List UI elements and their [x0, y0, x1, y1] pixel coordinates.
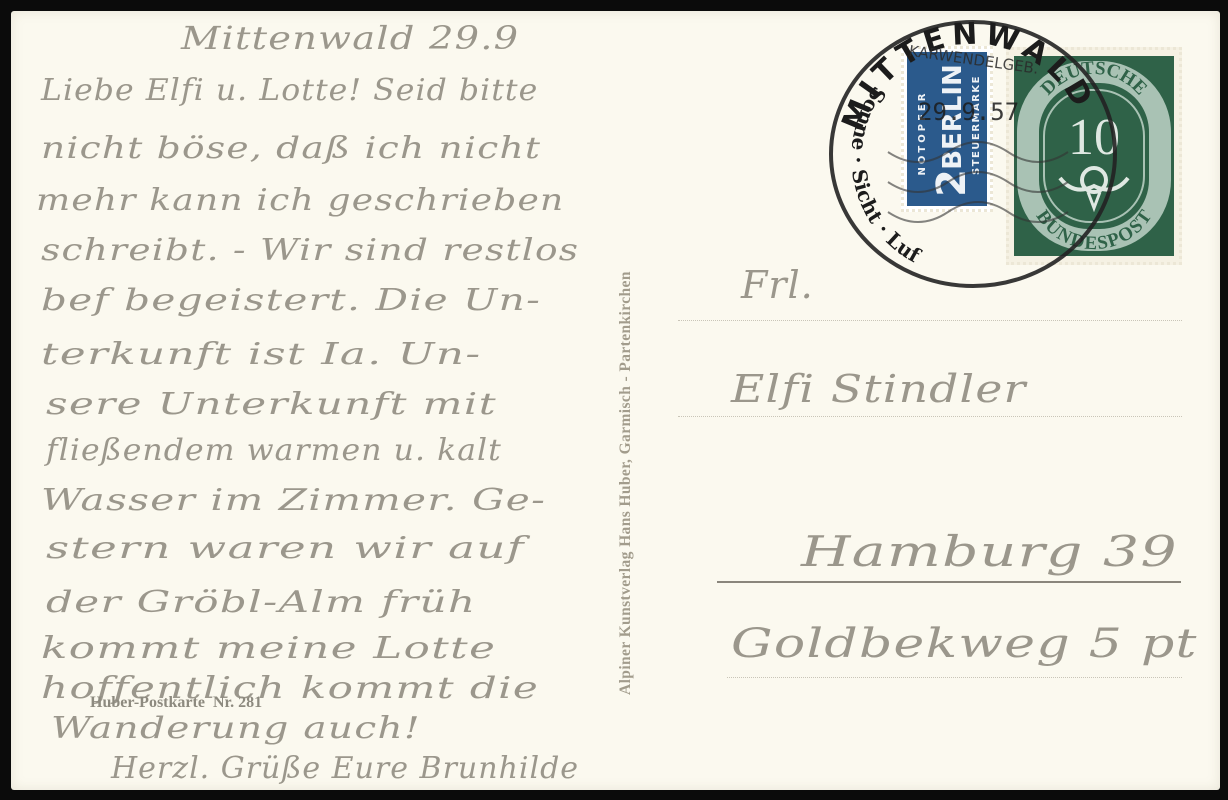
message-line: bef begeistert. Die Un- — [41, 283, 541, 318]
message-line: mehr kann ich geschrieben — [36, 183, 564, 218]
message-line: fließendem warmen u. kalt — [46, 433, 502, 468]
address-line-3-underline — [717, 581, 1181, 583]
message-line: kommt meine Lotte — [41, 631, 496, 666]
message-line: der Gröbl-Alm früh — [46, 585, 476, 620]
message-line: sere Unterkunft mit — [46, 387, 497, 422]
card-number-label: Huber-Postkarte Nr. 281 — [90, 694, 262, 712]
message-line: schreibt. - Wir sind restlos — [41, 233, 579, 268]
postcard: Mittenwald 29.9 Liebe Elfi u. Lotte! Sei… — [11, 11, 1220, 790]
message-line: Herzl. Grüße Eure Brunhilde — [111, 751, 579, 786]
message-line: stern waren wir auf — [46, 531, 525, 566]
address-name: Elfi Stindler — [731, 367, 1027, 411]
handwritten-place-date: Mittenwald 29.9 — [181, 19, 519, 57]
svg-text:29.9.57: 29.9.57 — [918, 98, 1019, 126]
message-line: Wanderung auch! — [51, 711, 421, 746]
message-line: Liebe Elfi u. Lotte! Seid bitte — [41, 73, 538, 108]
address-line-2 — [678, 416, 1182, 417]
address-city: Hamburg 39 — [801, 527, 1178, 576]
message-line: Wasser im Zimmer. Ge- — [41, 483, 546, 518]
address-line-1 — [678, 320, 1182, 321]
message-line: nicht böse, daß ich nicht — [41, 131, 541, 166]
address-salutation: Frl. — [741, 263, 814, 307]
address-line-4 — [727, 677, 1182, 678]
postmark-cancellation: MITTENWALD KARWENDELGEB. 29.9.57 Sonne ·… — [818, 12, 1118, 292]
address-street: Goldbekweg 5 pt — [731, 621, 1198, 667]
publisher-imprint: Alpiner Kunstverlag Hans Huber, Garmisch… — [617, 271, 635, 695]
message-line: terkunft ist Ia. Un- — [41, 337, 482, 372]
